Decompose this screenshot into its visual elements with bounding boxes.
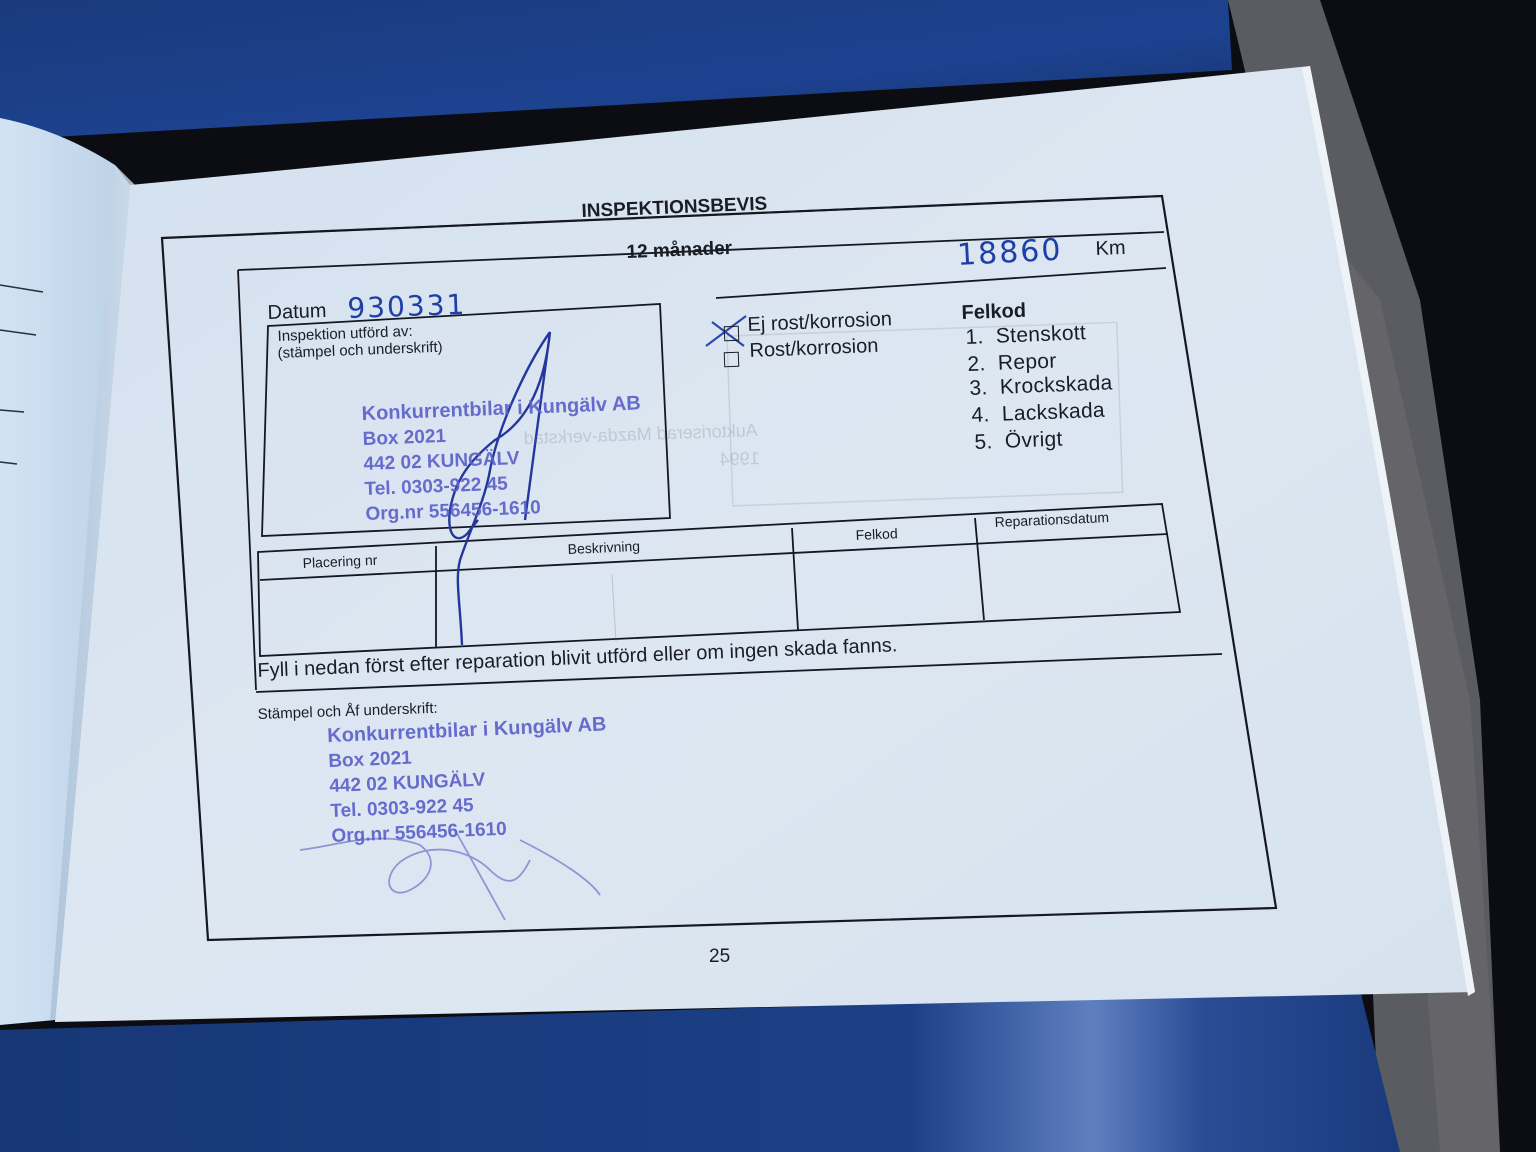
felkod-item: 1. Stenskott bbox=[965, 321, 1087, 350]
page-number: 25 bbox=[709, 946, 730, 968]
odometer-value: 18860 bbox=[956, 233, 1063, 273]
felkod-num: 3. bbox=[969, 376, 988, 400]
table-header-beskrivning: Beskrivning bbox=[567, 538, 640, 557]
felkod-label: Stenskott bbox=[995, 321, 1086, 348]
table-header-felkod: Felkod bbox=[855, 525, 898, 543]
felkod-num: 4. bbox=[971, 403, 990, 427]
table-cell-felkod[interactable] bbox=[800, 560, 970, 620]
checkbox-rust[interactable] bbox=[724, 352, 740, 368]
stamp-upper: Konkurrentbilar i Kungälv AB Box 2021 44… bbox=[361, 391, 645, 527]
date-value: 930331 bbox=[347, 288, 467, 325]
date-label: Datum bbox=[267, 300, 327, 325]
table-header-placering: Placering nr bbox=[302, 552, 377, 571]
table-cell-placering[interactable] bbox=[265, 585, 430, 645]
felkod-label: Lackskada bbox=[1001, 399, 1105, 426]
stamp-lower: Konkurrentbilar i Kungälv AB Box 2021 44… bbox=[327, 712, 611, 849]
felkod-label: Krockskada bbox=[999, 371, 1113, 399]
felkod-item: 5. Övrigt bbox=[974, 427, 1063, 455]
felkod-num: 1. bbox=[965, 325, 984, 349]
table-cell-reparationsdatum[interactable] bbox=[985, 550, 1170, 610]
felkod-item: 2. Repor bbox=[967, 349, 1057, 377]
felkod-num: 2. bbox=[967, 352, 986, 376]
felkod-heading: Felkod bbox=[961, 300, 1026, 325]
bleedthrough-year: 1994 bbox=[719, 448, 760, 470]
felkod-label: Repor bbox=[997, 349, 1057, 374]
felkod-num: 5. bbox=[974, 430, 993, 454]
felkod-label: Övrigt bbox=[1004, 427, 1063, 452]
checkbox-no-rust[interactable] bbox=[724, 326, 740, 342]
interval-label: 12 månader bbox=[626, 238, 732, 264]
odometer-unit: Km bbox=[1095, 237, 1126, 261]
table-cell-beskrivning[interactable] bbox=[442, 576, 787, 636]
